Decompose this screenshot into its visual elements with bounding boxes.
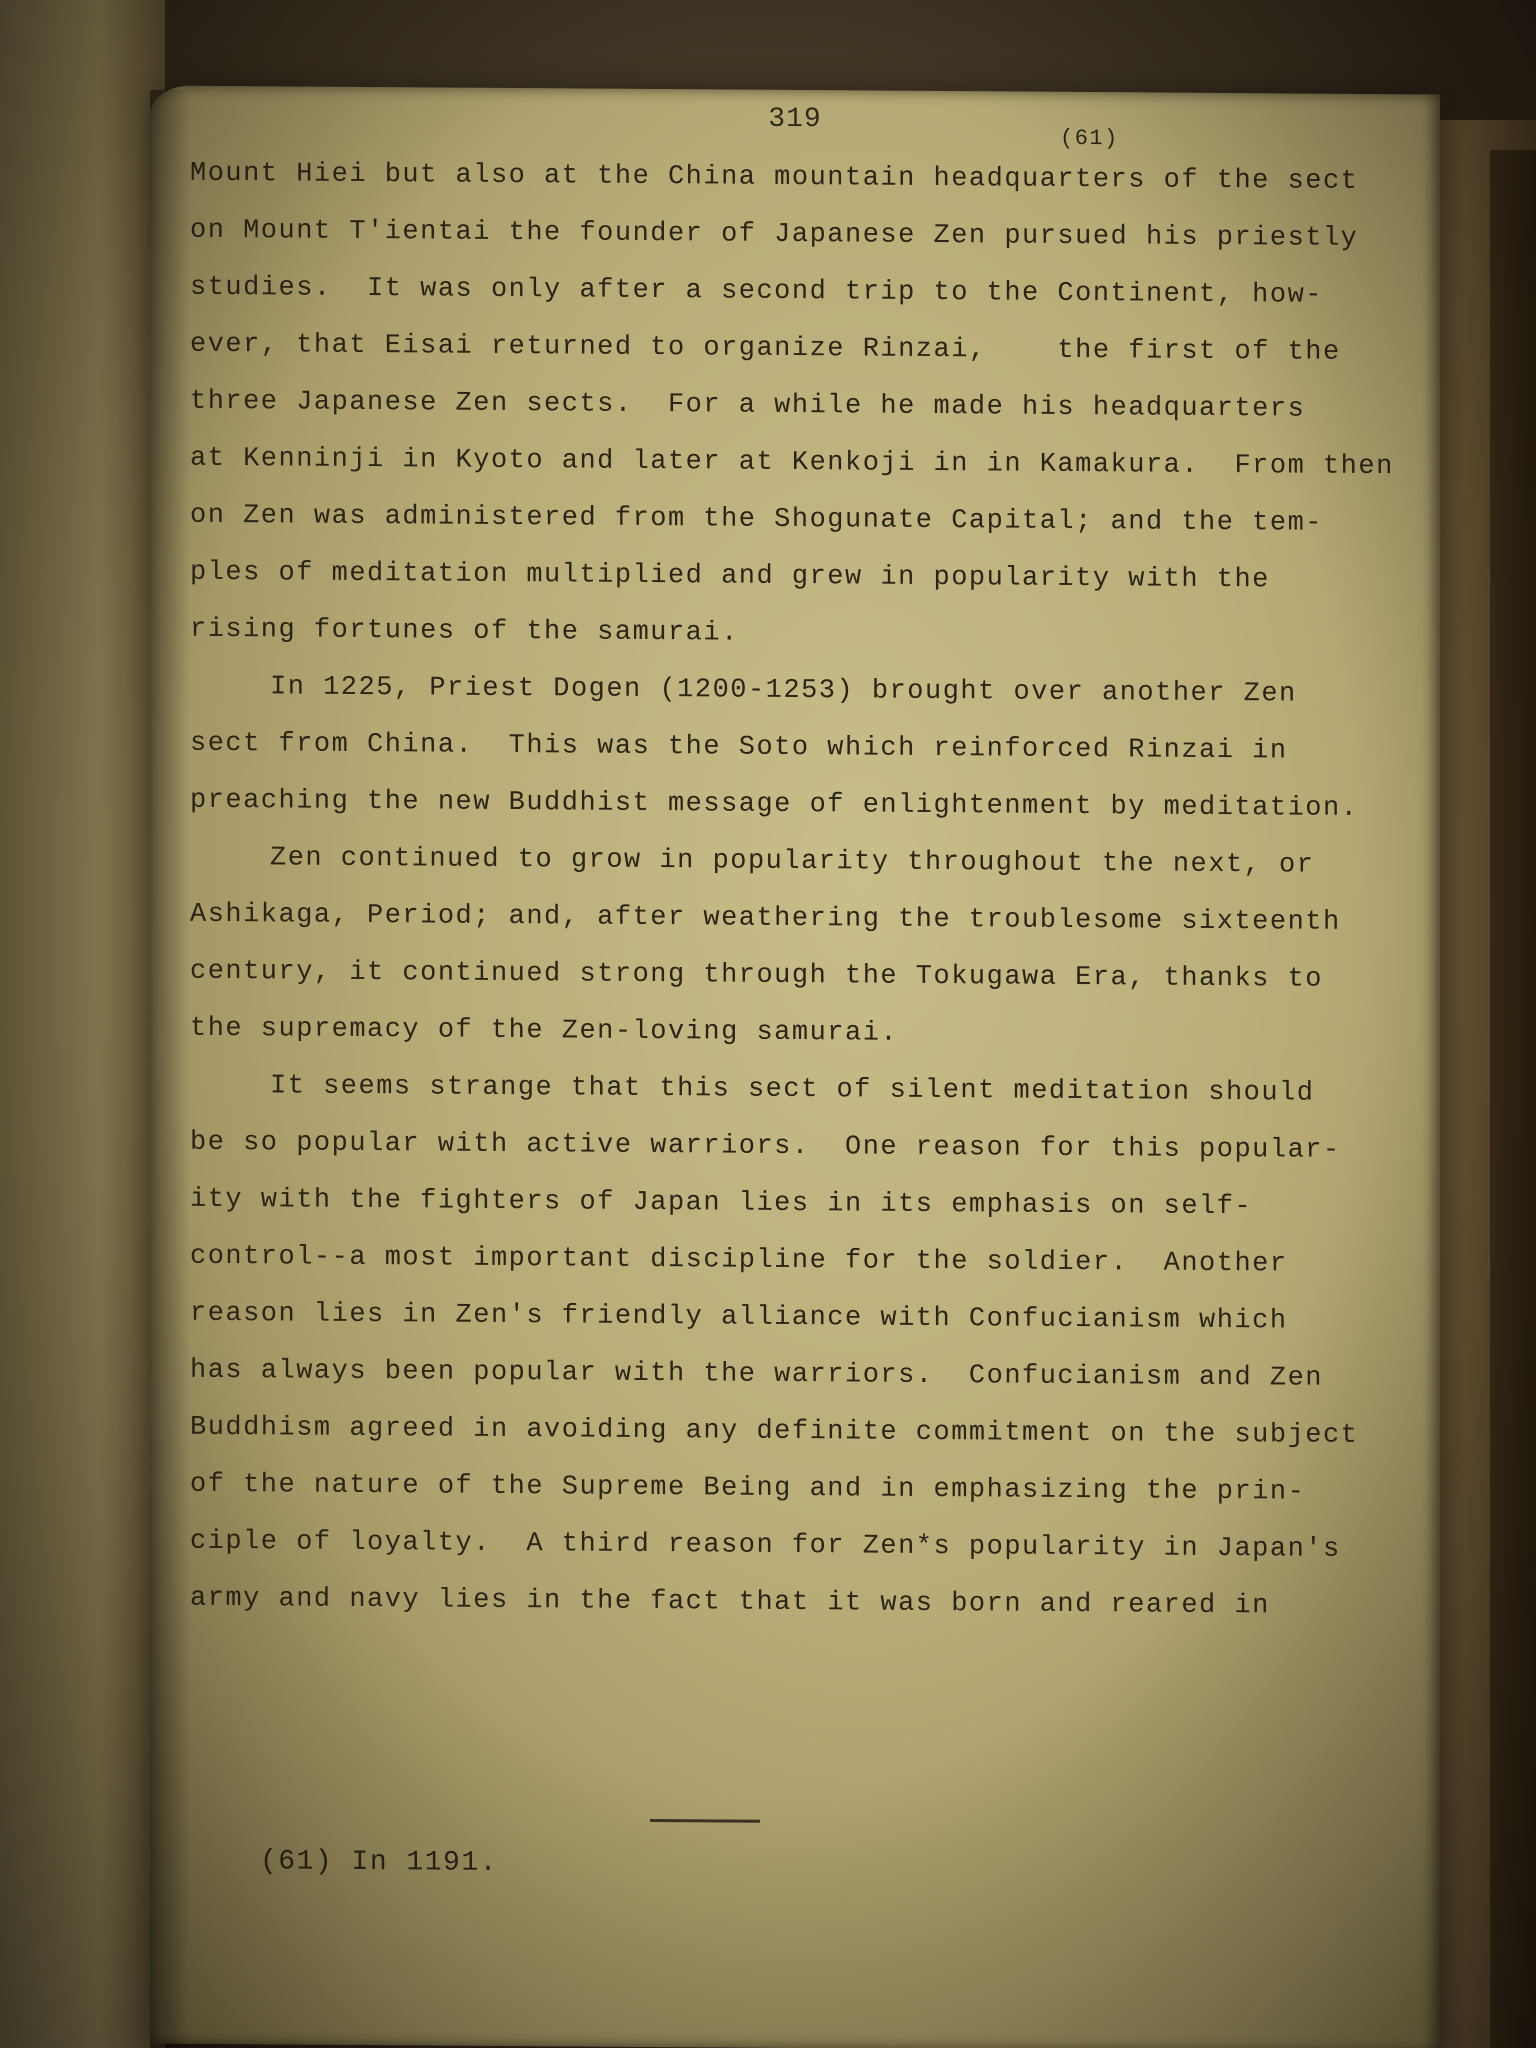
text-line: be so popular with active warriors. One …	[190, 1115, 1420, 1181]
text-line: In 1225, Priest Dogen (1200-1253) brough…	[190, 659, 1420, 725]
footnote: (61) In 1191.	[260, 1846, 498, 1879]
text-line: It seems strange that this sect of silen…	[190, 1058, 1420, 1124]
text-line: on Zen was administered from the Shoguna…	[190, 488, 1420, 554]
page-number: 319	[150, 99, 1440, 139]
body-text: Mount Hiei but also at the China mountai…	[190, 146, 1420, 1637]
text-line: studies. It was only after a second trip…	[190, 260, 1420, 326]
text-line: army and navy lies in the fact that it w…	[190, 1571, 1420, 1637]
text-line: on Mount T'ientai the founder of Japanes…	[190, 203, 1420, 269]
text-line: ples of meditation multiplied and grew i…	[190, 545, 1420, 611]
footnote-divider	[650, 1819, 760, 1823]
text-line: control--a most important discipline for…	[190, 1229, 1420, 1295]
facing-page	[0, 0, 165, 2048]
text-line: sect from China. This was the Soto which…	[190, 716, 1420, 782]
text-line: three Japanese Zen sects. For a while he…	[190, 374, 1420, 440]
text-line: century, it continued strong through the…	[190, 944, 1420, 1010]
text-line: at Kenninji in Kyoto and later at Kenkoj…	[190, 431, 1420, 497]
text-line: rising fortunes of the samurai.	[190, 602, 1420, 668]
text-line: Zen continued to grow in popularity thro…	[190, 830, 1420, 896]
typewritten-page: 319 Mount Hiei but also at the China mou…	[150, 85, 1440, 2048]
book-cover-edge	[1490, 150, 1536, 2048]
text-line: ever, that Eisai returned to organize Ri…	[190, 317, 1420, 383]
text-line: has always been popular with the warrior…	[190, 1343, 1420, 1409]
text-line: Mount Hiei but also at the China mountai…	[190, 146, 1420, 212]
text-line: reason lies in Zen's friendly alliance w…	[190, 1286, 1420, 1352]
text-line: preaching the new Buddhist message of en…	[190, 773, 1420, 839]
text-line: Buddhism agreed in avoiding any definite…	[190, 1400, 1420, 1466]
text-line: of the nature of the Supreme Being and i…	[190, 1457, 1420, 1523]
footnote-marker: (61)	[1060, 110, 1119, 167]
text-line: ity with the fighters of Japan lies in i…	[190, 1172, 1420, 1238]
gutter-shadow	[150, 90, 190, 2048]
text-line: ciple of loyalty. A third reason for Zen…	[190, 1514, 1420, 1580]
text-line: the supremacy of the Zen-loving samurai.	[190, 1001, 1420, 1067]
text-line: Ashikaga, Period; and, after weathering …	[190, 887, 1420, 953]
